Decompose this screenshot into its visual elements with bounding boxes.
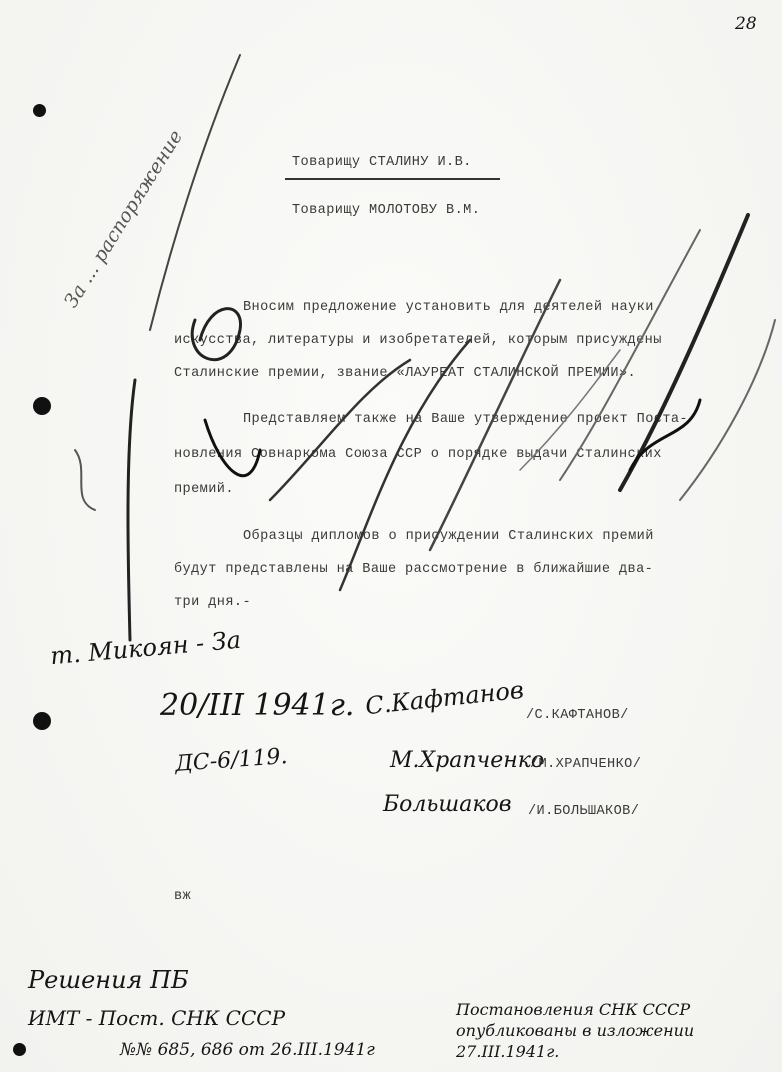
body-line: Образцы дипломов о присуждении Сталински… (243, 529, 654, 544)
body-line: три дня.- (174, 595, 251, 610)
typist-initials: вж (174, 889, 191, 904)
body-line: премий. (174, 482, 234, 497)
body-line: будут представлены на Ваше рассмотрение … (174, 562, 653, 577)
page-number: 28 (735, 14, 757, 34)
vertical-margin-note: За ... распоряжение (60, 126, 187, 311)
body-line: искусства, литературы и изобретателей, к… (174, 333, 662, 348)
signature-bolshakov: Большаков (383, 792, 512, 817)
signature-kaftanov: С.Кафтанов (364, 676, 525, 720)
typed-name-kaftanov: /С.КАФТАНОВ/ (526, 708, 629, 723)
body-line: Сталинские премии, звание «ЛАУРЕАТ СТАЛИ… (174, 366, 636, 381)
punch-hole (33, 712, 51, 730)
punch-hole (33, 104, 46, 117)
underline (285, 178, 500, 180)
archival-document-page: 28 Товарищу СТАЛИНУ И.В. Товарищу МОЛОТО… (0, 0, 782, 1072)
body-line: Представляем также на Ваше утверждение п… (243, 412, 688, 427)
handwritten-date: 20/III 1941г. (160, 688, 354, 723)
note-line: Решения ПБ (28, 966, 189, 994)
addressee-molotov: Товарищу МОЛОТОВУ В.М. (292, 203, 480, 218)
addressee-stalin: Товарищу СТАЛИНУ И.В. (292, 155, 472, 170)
typed-name-khrapchenko: /М.ХРАПЧЕНКО/ (530, 757, 641, 772)
body-line: новления Совнаркома Союза ССР о порядке … (174, 447, 662, 462)
note-line: Постановления СНК СССР (456, 1000, 690, 1019)
punch-hole (13, 1043, 26, 1056)
note-line: ИМТ - Пост. СНК СССР (28, 1006, 285, 1030)
body-line: Вносим предложение установить для деятел… (243, 300, 662, 315)
registration-number: ДС-6/119. (174, 744, 288, 777)
note-line: №№ 685, 686 от 26.III.1941г (120, 1040, 375, 1060)
mikoyan-note: т. Микоян - За (49, 626, 242, 671)
typed-name-bolshakov: /И.БОЛЬШАКОВ/ (528, 804, 639, 819)
note-line: опубликованы в изложении (456, 1021, 694, 1040)
punch-hole (33, 397, 51, 415)
note-line: 27.III.1941г. (456, 1042, 559, 1061)
signature-khrapchenko: М.Храпченко (390, 748, 544, 773)
